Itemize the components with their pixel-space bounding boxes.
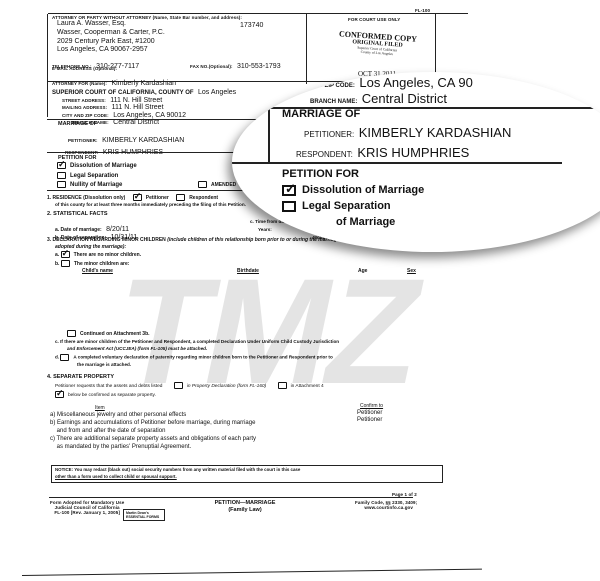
option-label: Legal Separation: [70, 173, 118, 179]
address-line-2: Los Angeles, CA 90067-2957: [57, 46, 148, 53]
property-label: 4. SEPARATE PROPERTY: [47, 374, 114, 380]
no-minor-children-label: There are no minor children.: [74, 252, 142, 258]
mag-option-nullity[interactable]: of Marriage: [336, 216, 395, 228]
col-sex: Sex: [407, 268, 416, 274]
footer-rule: [49, 497, 413, 498]
county-value: Los Angeles: [198, 89, 236, 96]
notice-line-2: other than a form used to collect child …: [55, 474, 177, 479]
court-use-label: FOR COURT USE ONLY: [348, 17, 400, 22]
property-item: a) Miscellaneous jewelry and other perso…: [50, 412, 186, 418]
marriage-of-label: MARRIAGE OF: [58, 121, 97, 127]
fax-row: FAX NO.(Optional): 310-553-1793: [190, 55, 281, 73]
mag-vertical-rule: [268, 108, 270, 163]
bar-number: 173740: [240, 22, 263, 29]
petition-option-dissolution[interactable]: Dissolution of Marriage: [57, 162, 137, 169]
fax-label: FAX NO.(Optional):: [190, 64, 233, 69]
form-code: FL-100: [415, 8, 430, 13]
checkbox-icon[interactable]: [282, 201, 296, 212]
minor-children-label: The minor children are:: [74, 261, 130, 267]
amended-option[interactable]: AMENDED: [198, 181, 236, 188]
uccjea-text: If there are minor children of the Petit…: [60, 339, 339, 344]
property-item-confirm-to: Petitioner: [357, 417, 382, 423]
mag-respondent-row: RESPONDENT: KRIS HUMPHRIES: [296, 144, 469, 162]
publisher-logo: Martin Dean's ESSENTIAL FORMS: [123, 509, 165, 521]
col-child-name: Child's name: [82, 268, 113, 274]
footer-left-3: FL-100 [Rev. January 1, 2005]: [50, 510, 124, 515]
attorney-name: Laura A. Wasser, Esq.: [57, 20, 126, 27]
mag-branch-value: Central District: [362, 91, 447, 106]
checkbox-checked-icon[interactable]: [282, 185, 296, 196]
email-label: E-MAIL ADDRESS (Optional):: [52, 66, 117, 71]
property-request-text: Petitioner requests that the assets and …: [55, 384, 162, 389]
notice-line-1: NOTICE: You may redact (black out) socia…: [55, 467, 300, 472]
residence-row: 1. RESIDENCE (Dissolution only) Petition…: [47, 194, 218, 201]
page-bottom-edge: [22, 569, 482, 576]
checkbox-icon[interactable]: [60, 354, 69, 361]
checkbox-icon[interactable]: [57, 181, 66, 188]
col-item: Item: [95, 405, 105, 411]
footer-right-2: www.courtinfo.ca.gov: [355, 505, 413, 510]
checkbox-icon[interactable]: [57, 172, 66, 179]
property-item-confirm-to: Petitioner: [357, 410, 382, 416]
mag-city-label: AND ZIP CODE:: [310, 83, 355, 89]
paternity-option[interactable]: d. A completed voluntary declaration of …: [55, 354, 333, 361]
uccjea-line-1: c. If there are minor children of the Pe…: [55, 339, 339, 344]
minor-children-option[interactable]: b. The minor children are:: [55, 260, 129, 267]
residence-petitioner: Petitioner: [146, 195, 169, 201]
mag-option-legal-separation[interactable]: Legal Separation: [282, 200, 391, 212]
option-label: Nullity of Marriage: [70, 182, 122, 188]
property-declaration-option: in Property Declaration (form FL-160): [187, 384, 266, 389]
mag-branch-row: BRANCH NAME: Central District: [310, 90, 447, 108]
checkbox-checked-icon[interactable]: [57, 162, 66, 169]
mag-option-label: Dissolution of Marriage: [302, 184, 424, 196]
col-confirm-to: Confirm to: [360, 403, 383, 409]
mag-option-label: Legal Separation: [302, 200, 391, 212]
checkbox-icon[interactable]: [67, 330, 76, 337]
uccjea-line-2: and Enforcement Act (UCCJEA) (form FL-10…: [67, 346, 207, 351]
petition-option-nullity[interactable]: Nullity of Marriage: [57, 181, 122, 188]
branch-value: Central District: [113, 119, 159, 126]
checkbox-checked-icon[interactable]: [55, 391, 64, 398]
publisher-text: Martin Dean's ESSENTIAL FORMS: [126, 511, 159, 519]
paternity-label: A completed voluntary declaration of pat…: [73, 355, 332, 360]
paternity-line-2: the marriage is attached.: [77, 362, 131, 367]
checkbox-icon[interactable]: [61, 260, 70, 267]
mag-petitioner-label: PETITIONER:: [304, 130, 354, 139]
petition-option-legal-separation[interactable]: Legal Separation: [57, 172, 118, 179]
option-label: Dissolution of Marriage: [70, 163, 137, 169]
footer-right: Family Code, §§ 2330, 3409; www.courtinf…: [355, 500, 413, 510]
mag-respondent-label: RESPONDENT:: [296, 150, 353, 159]
checkbox-icon[interactable]: [198, 181, 207, 188]
mag-city-value: Los Angeles, CA 90: [359, 75, 472, 90]
firm-name: Wasser, Cooperman & Carter, P.C.: [57, 29, 165, 36]
property-line-2: below be confirmed as separate property.: [55, 391, 156, 398]
residence-label: 1. RESIDENCE (Dissolution only): [47, 195, 125, 201]
magnifier-callout: AND ZIP CODE: Los Angeles, CA 90 BRANCH …: [232, 72, 600, 252]
mag-option-dissolution[interactable]: Dissolution of Marriage: [282, 184, 424, 196]
continued-attachment-option[interactable]: Continued on Attachment 3b.: [67, 330, 150, 337]
attachment-4-option: in Attachment 4: [291, 384, 324, 389]
property-item: c) There are additional separate propert…: [50, 436, 256, 442]
mag-petitioner-value: KIMBERLY KARDASHIAN: [359, 125, 512, 140]
no-minor-children-option[interactable]: a. There are no minor children.: [55, 251, 141, 258]
property-below-label: below be confirmed as separate property.: [68, 393, 156, 398]
continued-label: Continued on Attachment 3b.: [80, 331, 150, 337]
col-age: Age: [358, 268, 367, 274]
property-item: b) Earnings and accumulations of Petitio…: [50, 420, 255, 426]
checkbox-icon[interactable]: [278, 382, 287, 389]
fax-value: 310-553-1793: [237, 63, 281, 70]
children-label: 3. DECLARATION REGARDING MINOR CHILDREN: [47, 237, 166, 243]
property-line-1: Petitioner requests that the assets and …: [55, 382, 324, 389]
footer-left: Form Adopted for Mandatory Use Judicial …: [50, 500, 124, 515]
mag-respondent-value: KRIS HUMPHRIES: [357, 145, 469, 160]
checkbox-checked-icon[interactable]: [61, 251, 70, 258]
col-birthdate: Birthdate: [237, 268, 259, 274]
footer-title-1: PETITION—MARRIAGE: [205, 500, 285, 507]
footer-title-2: (Family Law): [205, 507, 285, 514]
property-item: as mandated by the parties' Prenuptial A…: [50, 444, 191, 450]
mag-option-label: of Marriage: [336, 216, 395, 228]
address-line-1: 2029 Century Park East, #1200: [57, 38, 155, 45]
residence-respondent: Respondent: [189, 195, 218, 201]
footer-title: PETITION—MARRIAGE (Family Law): [205, 500, 285, 514]
mag-petition-for: PETITION FOR: [282, 168, 359, 180]
mag-petitioner-row: PETITIONER: KIMBERLY KARDASHIAN: [304, 124, 511, 142]
residence-line-2: of this county for at least three months…: [55, 202, 246, 207]
property-item: and from and after the date of separatio…: [50, 428, 165, 434]
checkbox-icon[interactable]: [174, 382, 183, 389]
mag-divider: [232, 162, 562, 164]
mag-marriage-of: MARRIAGE OF: [282, 108, 360, 120]
stats-label: 2. STATISTICAL FACTS: [47, 211, 108, 217]
checkbox-icon[interactable]: [176, 194, 185, 201]
checkbox-checked-icon[interactable]: [133, 194, 142, 201]
mag-branch-label: BRANCH NAME:: [310, 99, 357, 105]
